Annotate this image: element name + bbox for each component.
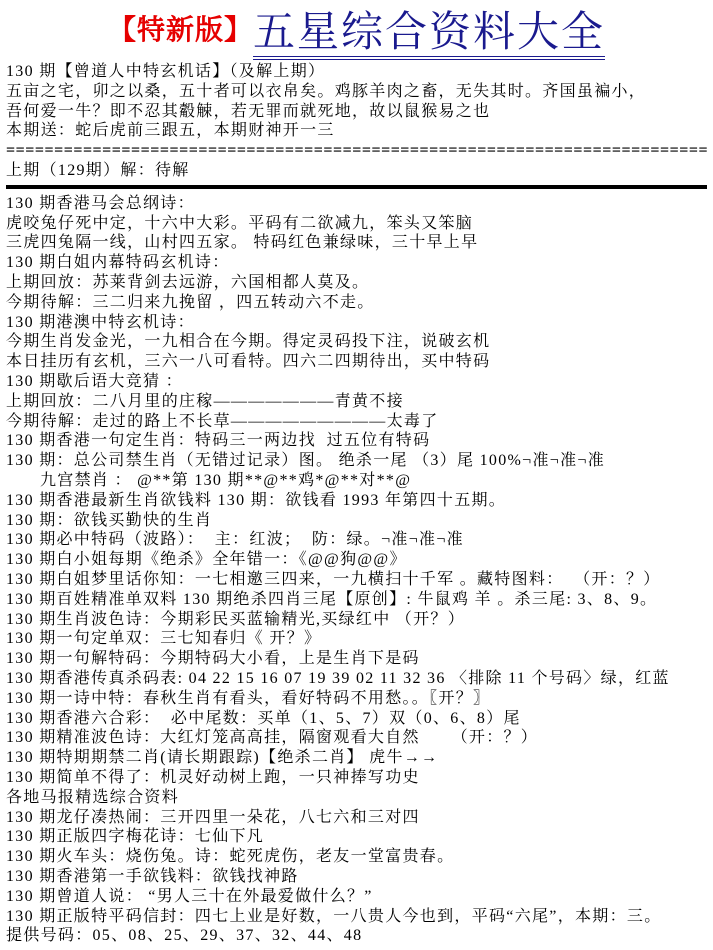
text-line: 130 期歇后语大竞猜 ： [6, 372, 707, 392]
text-line: 九宫禁肖 ： @**第 130 期**@**鸡*@**对**@ [6, 471, 707, 491]
text-line: 130 期特期期禁二肖(请长期跟踪)【绝杀二肖】 虎牛→→ [6, 748, 707, 768]
text-line: 130 期简单不得了：机灵好动树上跑，一只神捧写功史 [6, 768, 707, 788]
text-line: 130 期曾道人说： “男人三十在外最爱做什么？” [6, 887, 707, 907]
divider-rule [6, 185, 707, 189]
intro-poem: 五亩之宅，卯之以桑，五十者可以衣帛矣。鸡豚羊肉之畜，无失其时。齐国虽褊小，吾何爱… [6, 82, 707, 141]
text-line: 130 期白姐梦里话你知：一七相邀三四来，一九横扫十千军 。藏特图料： （开：？… [6, 570, 707, 590]
text-line: 上期回放：苏莱背剑去远游，六国相都人莫及。 [6, 273, 707, 293]
text-line: 130 期香港最新生肖欲钱料 130 期：欲钱看 1993 年第四十五期。 [6, 491, 707, 511]
intro-heading: 130 期【曾道人中特玄机话】（及解上期） [6, 62, 707, 82]
text-line: 130 期火车头：烧伤兔。诗：蛇死虎伤，老友一堂富贵春。 [6, 847, 707, 867]
text-line: 130 期一句定单双：三七知春归《 开？》 [6, 629, 707, 649]
text-line: 130 期：欲钱买勤快的生肖 [6, 511, 707, 531]
text-line: 130 期正版特平码信封：四七上业是好数，一八贵人今也到，平码“六尾”，本期：三… [6, 907, 707, 927]
prev-issue-line: 上期（129期）解：待解 [6, 161, 707, 181]
text-line: 130 期一诗中特：春秋生肖有看头，看好特码不用愁。。〖开？〗 [6, 689, 707, 709]
content-lines: 130 期香港马会总纲诗：虎咬兔仔死中定，十六中大彩。平码有二欲减九，笨头又笨脑… [6, 194, 707, 946]
separator-equals: ========================================… [6, 141, 707, 161]
text-line: 130 期正版四字梅花诗：七仙下凡 [6, 827, 707, 847]
text-line: 今期待解：走过的路上不长草—————————太毒了 [6, 412, 707, 432]
text-line: 130 期白小姐每期《绝杀》全年错一：《@@狗@@》 [6, 550, 707, 570]
text-line: 130 期精准波色诗：大红灯笼高高挂，隔窗观看大自然 （开：？） [6, 728, 707, 748]
text-line: 130 期：总公司禁生肖（无错过记录）图。 绝杀一尾 （3）尾 100%¬准¬准… [6, 451, 707, 471]
intro-poem-line: 本期送：蛇后虎前三跟五，本期财神开一三 [6, 121, 707, 141]
text-line: 三虎四兔隔一线，山村四五家。 特码红色兼绿味，三十早上早 [6, 233, 707, 253]
text-line: 上期回放：二八月里的庄稼———————青黄不接 [6, 392, 707, 412]
text-line: 130 期一句解特码：今期特码大小看，上是生肖下是码 [6, 649, 707, 669]
text-line: 130 期白姐内幕特码玄机诗： [6, 253, 707, 273]
text-line: 130 期香港第一手欲钱料：欲钱找神路 [6, 867, 707, 887]
page: 【特新版】五星综合资料大全 130 期【曾道人中特玄机话】（及解上期） 五亩之宅… [0, 0, 713, 950]
edition-label: 【特新版】 [108, 15, 253, 46]
text-line: 130 期香港六合彩： 必中尾数：买单（1、5、7）双（0、6、8）尾 [6, 709, 707, 729]
page-header: 【特新版】五星综合资料大全 [6, 8, 707, 60]
text-line: 今期生肖发金光，一九相合在今期。得定灵码投下注，说破玄机 [6, 332, 707, 352]
intro-poem-line: 五亩之宅，卯之以桑，五十者可以衣帛矣。鸡豚羊肉之畜，无失其时。齐国虽褊小， [6, 82, 707, 102]
text-line: 提供号码：05、08、25、29、37、32、44、48 [6, 926, 707, 946]
text-line: 130 期香港传真杀码表: 04 22 15 16 07 19 39 02 11… [6, 669, 707, 689]
text-line: 130 期香港一句定生肖：特码三一两边找 过五位有特码 [6, 431, 707, 451]
text-line: 130 期港澳中特玄机诗： [6, 313, 707, 333]
intro-poem-line: 吾何爱一牛？即不忍其觳觫，若无罪而就死地，故以鼠猴易之也 [6, 102, 707, 122]
text-line: 虎咬兔仔死中定，十六中大彩。平码有二欲减九，笨头又笨脑 [6, 214, 707, 234]
text-line: 130 期龙仔凑热闹：三开四里一朵花，八七六和三对四 [6, 808, 707, 828]
text-line: 今期待解：三二归来九挽留 ，四五转动六不走。 [6, 293, 707, 313]
text-line: 各地马报精选综合资料 [6, 788, 707, 808]
text-line: 本日挂历有玄机，三六一八可看特。四六二四期待出，买中特码 [6, 352, 707, 372]
text-line: 130 期百姓精准单双料 130 期绝杀四肖三尾【原创】: 牛鼠鸡 羊 。杀三尾… [6, 590, 707, 610]
text-line: 130 期香港马会总纲诗： [6, 194, 707, 214]
page-title: 五星综合资料大全 [253, 11, 605, 60]
text-line: 130 期必中特码（波路）： 主：红波； 防：绿。¬准¬准¬准 [6, 530, 707, 550]
text-line: 130 期生肖波色诗：今期彩民买蓝输精光,买绿红中 （开？） [6, 610, 707, 630]
